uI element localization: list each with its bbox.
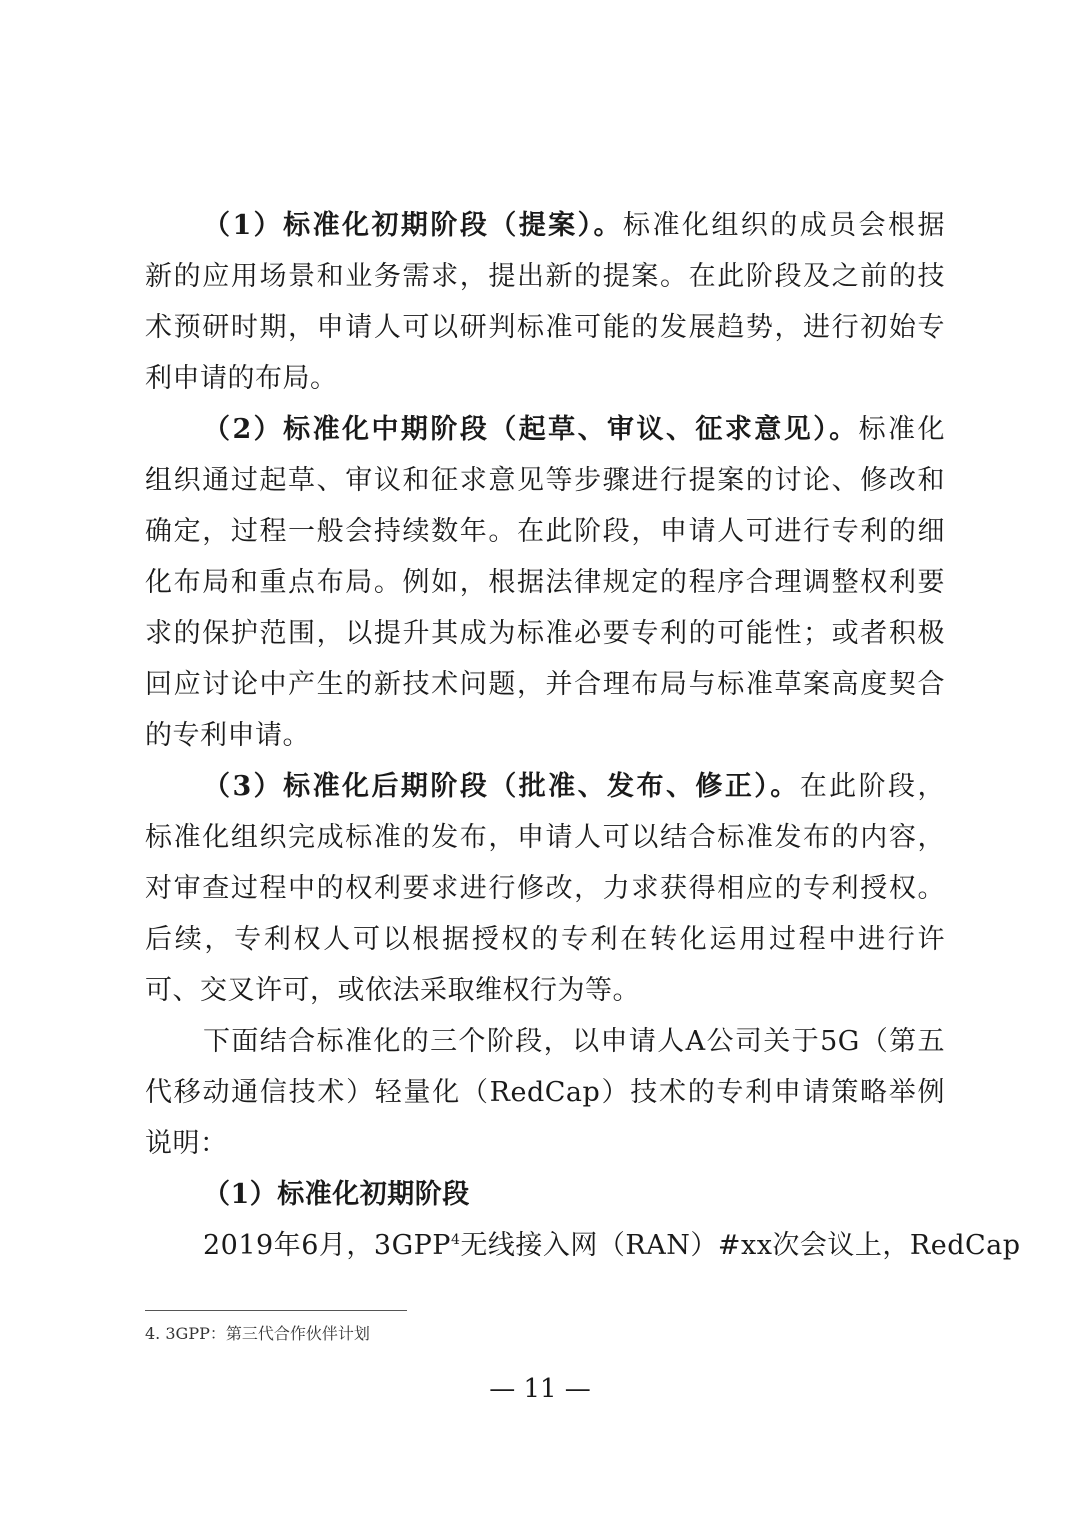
last-line-end: 无线接入网（RAN）#xx次会议上，RedCap: [460, 1230, 1020, 1261]
section-3-line-4: 后续，专利权人可以根据授权的专利在转化运用过程中进行许: [145, 923, 945, 957]
section-2-line-6: 回应讨论中产生的新技术问题，并合理布局与标准草案高度契合: [145, 668, 945, 702]
document-page: （1）标准化初期阶段（提案）。标准化组织的成员会根据 新的应用场景和业务需求，提…: [0, 0, 1080, 1527]
section-3-heading: （3）标准化后期阶段（批准、发布、修正）。: [203, 771, 800, 802]
footnote: 4. 3GPP：第三代合作伙伴计划: [145, 1322, 370, 1346]
body-last-line: 2019年6月，3GPP4无线接入网（RAN）#xx次会议上，RedCap: [203, 1229, 945, 1263]
intro-line-3: 说明：: [145, 1127, 945, 1161]
section-2-line-2: 组织通过起草、审议和征求意见等步骤进行提案的讨论、修改和: [145, 464, 945, 498]
subheading: （1）标准化初期阶段: [203, 1178, 945, 1212]
section-3-line-2: 标准化组织完成标准的发布，申请人可以结合标准发布的内容，: [145, 821, 945, 855]
section-1-first-line: （1）标准化初期阶段（提案）。标准化组织的成员会根据: [203, 209, 945, 243]
section-2-line-7: 的专利申请。: [145, 719, 945, 753]
intro-line-2: 代移动通信技术）轻量化（RedCap）技术的专利申请策略举例: [145, 1076, 945, 1110]
section-2-heading: （2）标准化中期阶段（起草、审议、征求意见）。: [203, 414, 859, 445]
footnote-ref: 4: [451, 1232, 460, 1248]
section-3-text: 在此阶段，: [800, 771, 945, 802]
section-3-line-3: 对审查过程中的权利要求进行修改，力求获得相应的专利授权。: [145, 872, 945, 906]
last-line-start: 2019年6月，3GPP: [203, 1230, 451, 1261]
section-3-line-5: 可、交叉许可，或依法采取维权行为等。: [145, 974, 945, 1008]
page-number: — 11 —: [0, 1372, 1080, 1406]
section-2-first-line: （2）标准化中期阶段（起草、审议、征求意见）。标准化: [203, 413, 945, 447]
section-3-first-line: （3）标准化后期阶段（批准、发布、修正）。在此阶段，: [203, 770, 945, 804]
section-1-line-4: 利申请的布局。: [145, 362, 945, 396]
footnote-divider: [145, 1310, 407, 1311]
section-2-line-4: 化布局和重点布局。例如，根据法律规定的程序合理调整权利要: [145, 566, 945, 600]
section-2-text: 标准化: [859, 414, 945, 445]
section-1-heading: （1）标准化初期阶段（提案）。: [203, 210, 623, 241]
section-1-line-3: 术预研时期，申请人可以研判标准可能的发展趋势，进行初始专: [145, 311, 945, 345]
section-1-line-2: 新的应用场景和业务需求，提出新的提案。在此阶段及之前的技: [145, 260, 945, 294]
intro-line-1: 下面结合标准化的三个阶段，以申请人A公司关于5G（第五: [203, 1025, 945, 1059]
section-2-line-3: 确定，过程一般会持续数年。在此阶段，申请人可进行专利的细: [145, 515, 945, 549]
section-2-line-5: 求的保护范围，以提升其成为标准必要专利的可能性；或者积极: [145, 617, 945, 651]
section-1-text: 标准化组织的成员会根据: [623, 210, 945, 241]
